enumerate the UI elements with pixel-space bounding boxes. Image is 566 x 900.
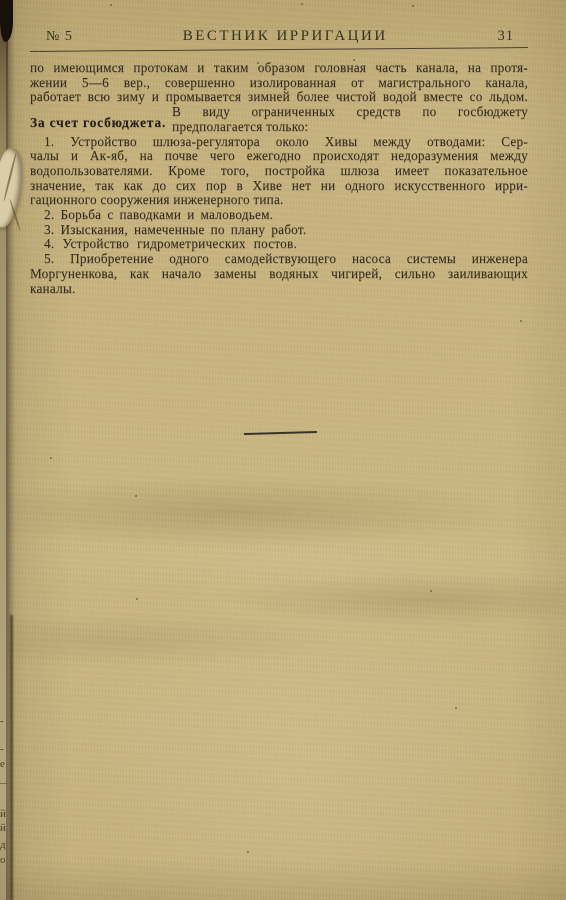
paragraph-text: предполагается только: [172,119,308,134]
ink-speck [135,495,137,497]
list-item-line: 5. Приобретение одного самодействующего … [30,252,528,267]
ink-speck [430,590,432,592]
list-item-line: Моргуненкова, как начало замены водяных … [30,267,528,282]
journal-header: № 5 ВЕСТНИК ИРРИГАЦИИ 31 [30,24,528,45]
ink-speck [136,598,138,600]
list-item-line: 3. Изыскания, намеченные по плану работ. [30,223,528,238]
list-item-line: чалы и Ак-яб, на почве чего ежегодно про… [30,149,528,164]
ink-speck [520,320,522,322]
ink-speck [110,4,112,6]
paragraph-line: по имеющимся протокам и таким образом го… [30,61,528,76]
list-item-line: 4. Устройство гидрометрических постов. [30,237,528,252]
list-item-line: водопользователями. Кроме того, постройк… [30,164,528,179]
list-item-line: 1. Устройство шлюза-регулятора около Хив… [30,135,528,150]
ink-speck [301,3,303,5]
article-body: по имеющимся протокам и таким образом го… [30,61,528,296]
ink-speck [247,851,249,853]
issue-number: № 5 [46,29,73,45]
list-item-line: гационного сооружения инженерного типа. [30,193,528,208]
list-item-line: значение, так как до сих пор в Хиве нет … [30,179,528,194]
list-item-line: каналы. [30,282,528,297]
ink-speck [412,5,414,7]
paragraph-line: работает всю зиму и промывается зимней б… [30,90,528,105]
list-item-line: 2. Борьба с паводками и маловодьем. [30,208,528,223]
ink-speck [455,707,457,709]
ink-speck [50,457,52,459]
paragraph-line: За счет госбюджета.предполагается только… [30,120,528,135]
journal-title: ВЕСТНИК ИРРИГАЦИИ [73,28,498,45]
page-content: № 5 ВЕСТНИК ИРРИГАЦИИ 31 по имеющимся пр… [30,24,528,296]
page-number: 31 [498,28,515,45]
section-divider [244,431,317,435]
budget-heading: За счет госбюджета. [30,115,166,130]
paragraph-line: жении 5—6 вер., совершенно изолированная… [30,76,528,91]
gutter-crease-dark [10,615,13,900]
scanned-journal-page: - - е — й й д о № 5 ВЕСТНИК ИРРИГАЦИИ 31… [0,0,566,900]
header-rule [30,47,528,52]
